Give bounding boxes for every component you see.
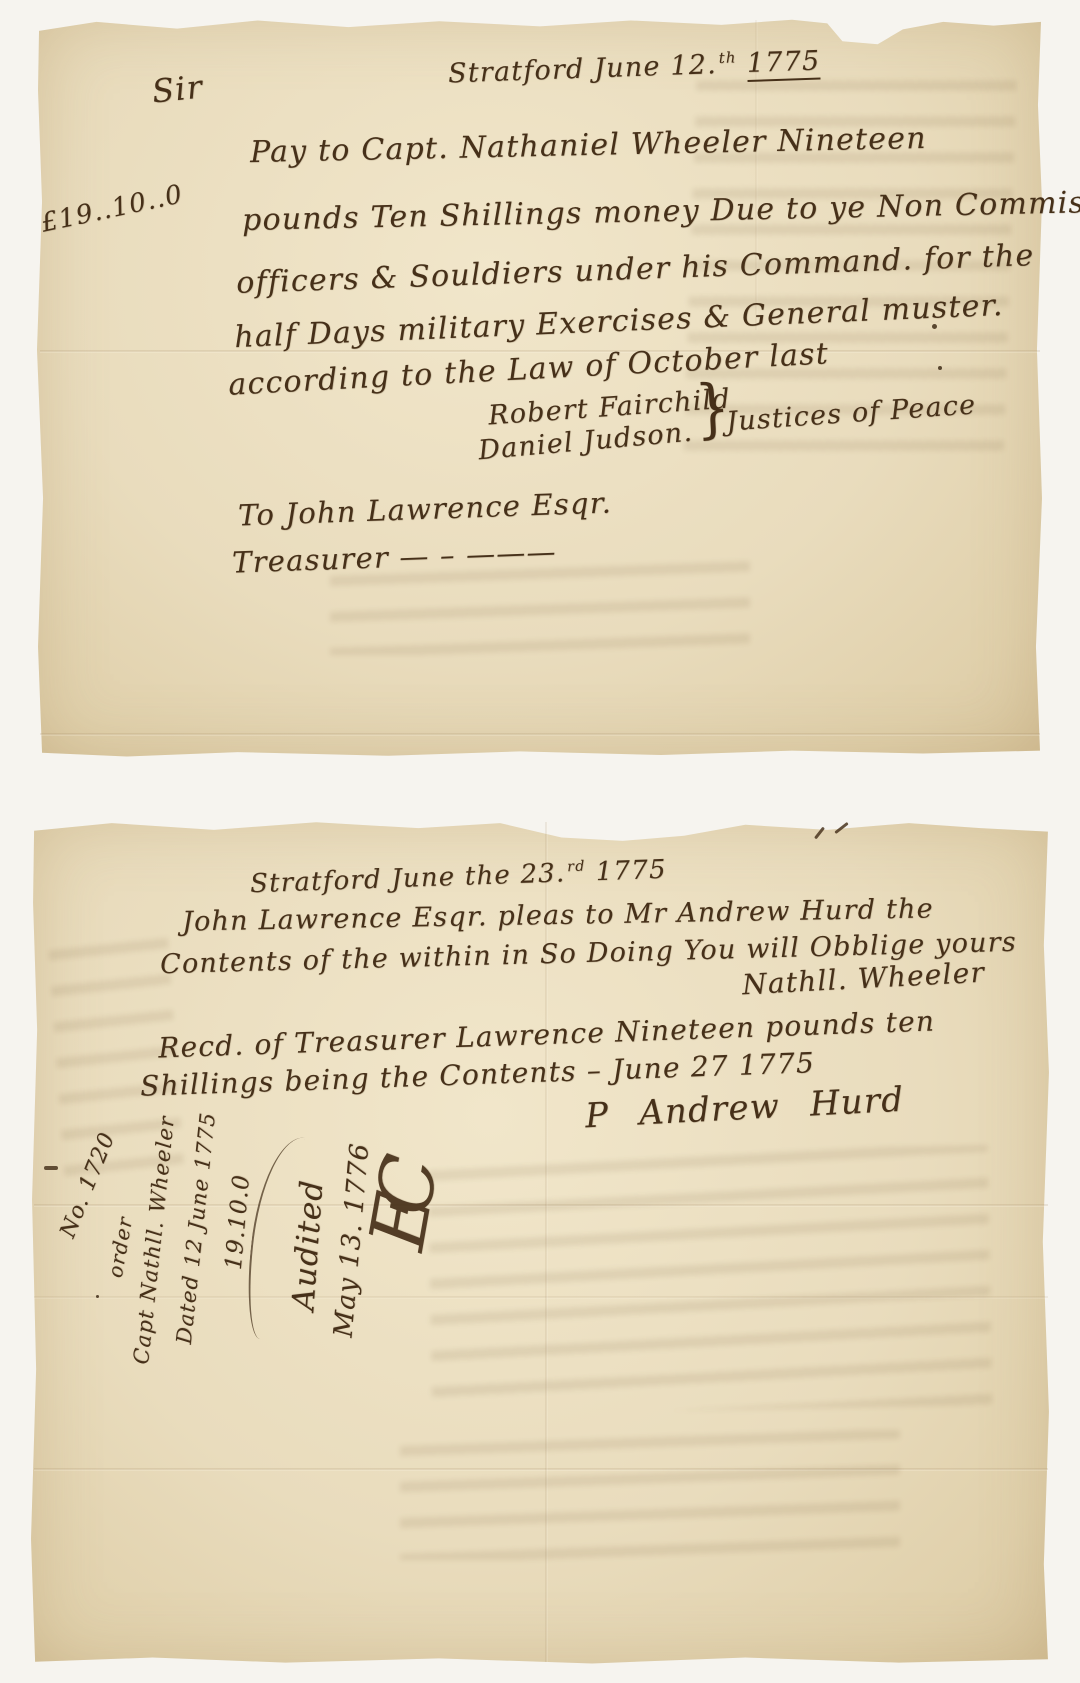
bottom-dateline-superscript: rd [567, 859, 586, 876]
ink-spot [96, 1295, 99, 1298]
docket-monogram: EC [352, 1168, 452, 1256]
ink-mark [44, 1166, 58, 1170]
top-salutation: Sir [150, 67, 205, 110]
top-dateline-superscript: th [718, 48, 737, 67]
bottom-dateline-year: 1775 [595, 855, 667, 887]
ink-spot [938, 366, 942, 370]
document-scan-canvas: Sir Stratford June 12.th1775 £19..10..0 … [0, 0, 1080, 1683]
top-dateline-year: 1775 [746, 46, 821, 83]
